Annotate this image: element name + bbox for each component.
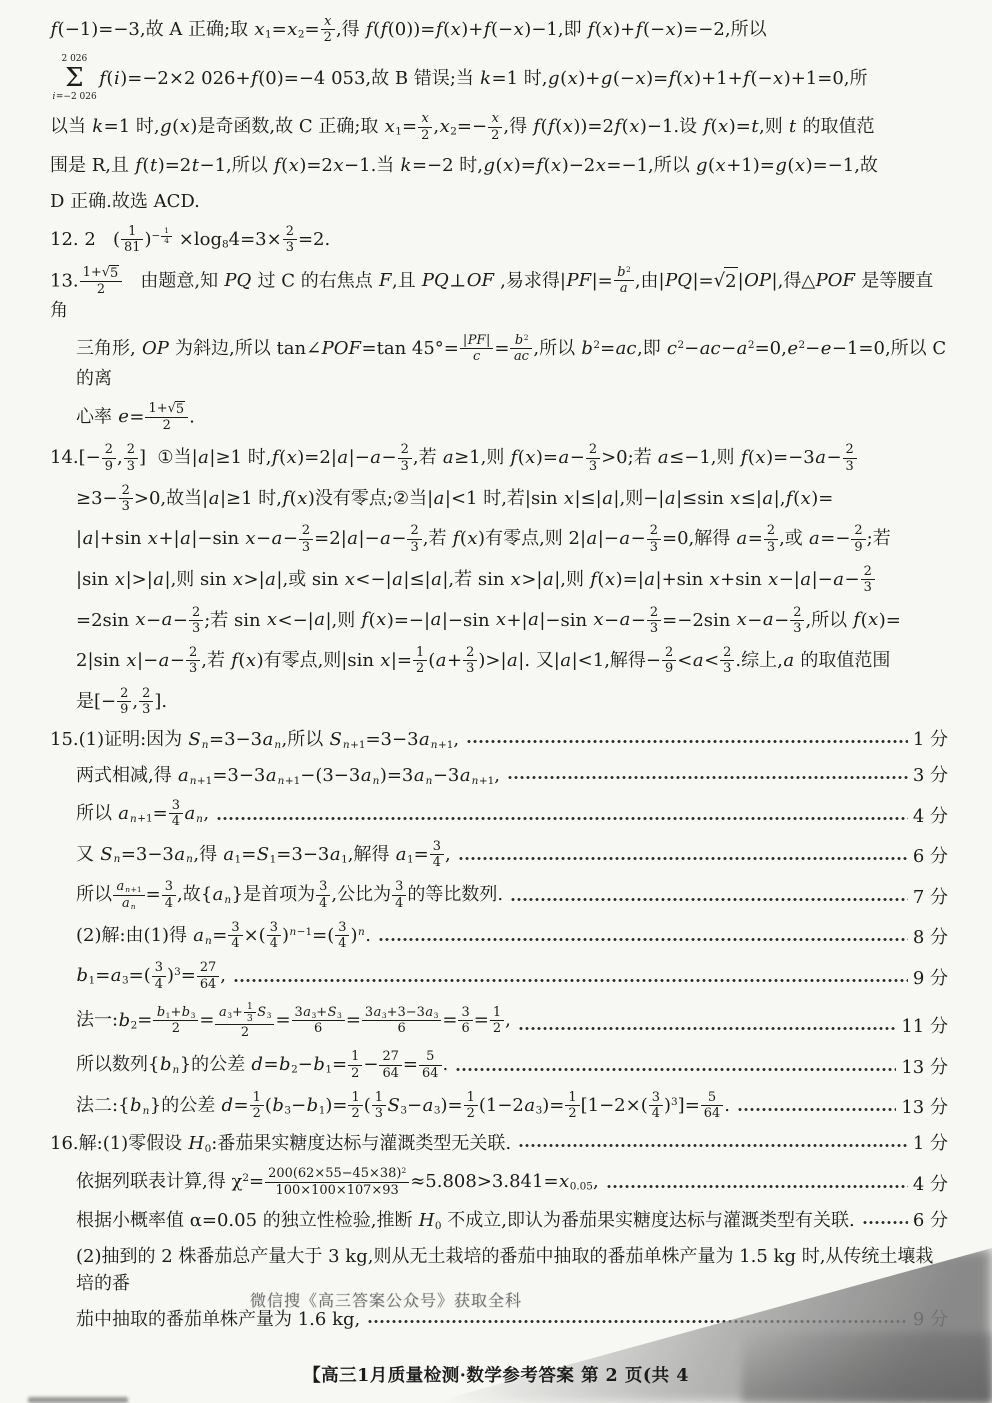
fraction: 29 bbox=[117, 686, 131, 718]
fraction: 23 bbox=[119, 483, 133, 515]
solution-line-text: D 正确.故选 ACD. bbox=[50, 188, 200, 215]
score-label: 3 分 bbox=[913, 762, 948, 789]
solution-line-text: 所以an+1an=34,故{an}是首项为34,公比为34的等比数列. bbox=[50, 879, 503, 911]
fraction: 14 bbox=[161, 227, 172, 246]
photo-edge-artifact bbox=[28, 1397, 128, 1403]
fraction: 2764 bbox=[379, 1049, 401, 1081]
solution-line-text: |sin x|>|a|,则 sin x>|a|,或 sin x<−|a|≤|a|… bbox=[50, 564, 876, 596]
fraction: 200(62×55−45×38)2100×100×107×93 bbox=[265, 1166, 409, 1198]
score-label: 9 分 bbox=[913, 965, 948, 992]
square-root: √2 bbox=[714, 267, 738, 295]
fraction: 23 bbox=[299, 523, 313, 555]
dotted-leader bbox=[507, 775, 908, 780]
solution-line-text: =2sin x−a−23;若 sin x<−|a|,则 f(x)=−|a|−si… bbox=[50, 605, 901, 637]
score-label: 11 分 bbox=[901, 1013, 948, 1040]
score-label: 8 分 bbox=[913, 924, 948, 951]
solution-line-text: 14.[−29,23] ①当|a|≥1 时,f(x)=2|a|−a−23,若 a… bbox=[50, 442, 858, 474]
score-label: 13 分 bbox=[901, 1054, 948, 1081]
solution-line: ≥3−23>0,故当|a|≥1 时,f(x)没有零点;②当|a|<1 时,若|s… bbox=[50, 483, 948, 515]
page-footer: 【高三1月质量检测·数学参考答案 第 2 页(共 4 bbox=[0, 1362, 992, 1387]
solution-line: (2)解:由(1)得 an=34×(34)n−1=(34)n.8 分 bbox=[50, 920, 948, 952]
solution-line-text: 16.解:(1)零假设 H0:番茄果实糖度达标与灌溉类型无关联. bbox=[50, 1130, 511, 1157]
fraction: 23 bbox=[283, 224, 297, 256]
fraction: 23 bbox=[647, 605, 661, 637]
fraction: 12 bbox=[250, 1090, 264, 1122]
solution-line: |a|+sin x+|a|−sin x−a−23=2|a|−a−23,若 f(x… bbox=[50, 523, 948, 555]
dotted-leader bbox=[518, 1026, 897, 1031]
score-label: 1 分 bbox=[913, 1130, 948, 1157]
fraction: x2 bbox=[321, 14, 335, 46]
solution-line: =2sin x−a−23;若 sin x<−|a|,则 f(x)=−|a|−si… bbox=[50, 605, 948, 637]
solution-line: 又 Sn=3−3an,得 a1=S1=3−3a1,解得 a1=34,6 分 bbox=[50, 839, 948, 871]
solution-line-text: 13.1+√52 由题意,知 PQ 过 C 的右焦点 F,且 PQ⊥OF ,易求… bbox=[50, 265, 948, 325]
solution-line: 所以an+1an=34,故{an}是首项为34,公比为34的等比数列.7 分 bbox=[50, 879, 948, 911]
solution-line: 以当 k=1 时,g(x)是奇函数,故 C 正确;取 x1=x2,x2=−x2,… bbox=[50, 111, 948, 143]
dotted-leader bbox=[455, 1067, 896, 1072]
fraction: 23 bbox=[764, 523, 778, 555]
fraction: 3a3+S36 bbox=[292, 1005, 345, 1037]
score-label: 13 分 bbox=[901, 1094, 948, 1121]
dotted-leader bbox=[458, 856, 908, 861]
solution-line: 13.1+√52 由题意,知 PQ 过 C 的右焦点 F,且 PQ⊥OF ,易求… bbox=[50, 265, 948, 325]
solution-line: f(−1)=−3,故 A 正确;取 x1=x2=x2,得 f(f(0))=f(x… bbox=[50, 14, 948, 46]
fraction: 29 bbox=[662, 645, 676, 677]
solution-line: 根据小概率值 α=0.05 的独立性检验,推断 H0 不成立,即认为番茄果实糖度… bbox=[50, 1207, 948, 1234]
fraction: 34 bbox=[162, 879, 176, 911]
dotted-leader bbox=[378, 937, 908, 942]
fraction: x2 bbox=[418, 111, 432, 143]
solution-line: 所以数列{bn}的公差 d=b2−b1=12−2764=564.13 分 bbox=[50, 1049, 948, 1081]
solution-line: D 正确.故选 ACD. bbox=[50, 188, 948, 215]
solution-line: 12. 2 (181)−14 ×log84=3×23=2. bbox=[50, 224, 948, 256]
solution-line-text: 2|sin x|−a−23,若 f(x)有零点,则|sin x|=12(a+23… bbox=[50, 645, 890, 677]
dotted-leader bbox=[466, 739, 908, 744]
fraction: 2764 bbox=[197, 960, 219, 992]
solution-line: |sin x|>|a|,则 sin x>|a|,或 sin x<−|a|≤|a|… bbox=[50, 564, 948, 596]
fraction: 23 bbox=[843, 442, 857, 474]
solution-line: 依据列联表计算,得 χ2=200(62×55−45×38)2100×100×10… bbox=[50, 1166, 948, 1198]
fraction: 29 bbox=[851, 523, 865, 555]
solution-line: 16.解:(1)零假设 H0:番茄果实糖度达标与灌溉类型无关联.1 分 bbox=[50, 1130, 948, 1157]
fraction: |PF|c bbox=[460, 333, 493, 365]
fraction: 23 bbox=[790, 605, 804, 637]
score-label: 6 分 bbox=[913, 1207, 948, 1234]
fraction: 34 bbox=[152, 960, 166, 992]
solution-line-text: 三角形, OP 为斜边,所以 tan∠POF=tan 45°=|PF|c=b2a… bbox=[50, 333, 948, 392]
dotted-leader bbox=[518, 1143, 908, 1148]
solution-line-text: 15.(1)证明:因为 Sn=3−3an,所以 Sn+1=3−3an+1, bbox=[50, 726, 459, 753]
solution-line-text: 2 026Σi=−2 026f(i)=−2×2 026+f(0)=−4 053,… bbox=[50, 55, 868, 103]
fraction: 29 bbox=[102, 442, 116, 474]
fraction: b1+b32 bbox=[153, 1005, 198, 1037]
dotted-leader bbox=[233, 978, 908, 983]
solution-line-text: 法二:{bn}的公差 d=12(b3−b1)=12(13S3−a3)=12(1−… bbox=[50, 1090, 730, 1122]
fraction: an+1an bbox=[113, 879, 145, 911]
fraction: 13 bbox=[244, 1001, 256, 1024]
dotted-leader bbox=[862, 1220, 908, 1225]
solution-line-text: 是[−29,23]. bbox=[50, 686, 167, 718]
solution-line-text: 围是 R,且 f(t)=2t−1,所以 f(x)=2x−1.当 k=−2 时,g… bbox=[50, 152, 878, 179]
fraction: 36 bbox=[458, 1005, 472, 1037]
fraction: 23 bbox=[407, 523, 421, 555]
fraction: 23 bbox=[720, 645, 734, 677]
fraction: b2a bbox=[614, 265, 634, 297]
fraction: 34 bbox=[649, 1090, 663, 1122]
solution-line-text: 所以 an+1=34an, bbox=[50, 798, 209, 830]
fraction: 34 bbox=[335, 920, 349, 952]
dotted-leader bbox=[737, 1107, 896, 1112]
fraction: 23 bbox=[861, 564, 875, 596]
fraction: a3+13S32 bbox=[215, 1001, 274, 1040]
dotted-leader bbox=[510, 897, 908, 902]
fraction: 23 bbox=[124, 442, 138, 474]
solution-line: 三角形, OP 为斜边,所以 tan∠POF=tan 45°=|PF|c=b2a… bbox=[50, 333, 948, 392]
solution-line: 所以 an+1=34an,4 分 bbox=[50, 798, 948, 830]
fraction: 12 bbox=[348, 1049, 362, 1081]
score-label: 4 分 bbox=[913, 803, 948, 830]
fraction: 3a3+3−3a36 bbox=[362, 1005, 441, 1037]
score-label: 1 分 bbox=[913, 726, 948, 753]
dotted-leader bbox=[216, 816, 908, 821]
solution-line: 是[−29,23]. bbox=[50, 686, 948, 718]
exam-answer-page: f(−1)=−3,故 A 正确;取 x1=x2=x2,得 f(f(0))=f(x… bbox=[0, 0, 992, 1403]
fraction: 34 bbox=[228, 920, 242, 952]
fraction: 23 bbox=[586, 442, 600, 474]
solution-line: 14.[−29,23] ①当|a|≥1 时,f(x)=2|a|−a−23,若 a… bbox=[50, 442, 948, 474]
fraction: 181 bbox=[121, 224, 143, 256]
fraction: 23 bbox=[398, 442, 412, 474]
solution-line: 2|sin x|−a−23,若 f(x)有零点,则|sin x|=12(a+23… bbox=[50, 645, 948, 677]
fraction: 34 bbox=[316, 879, 330, 911]
fraction: 564 bbox=[419, 1049, 441, 1081]
solution-line-text: 两式相减,得 an+1=3−3an+1−(3−3an)=3an−3an+1, bbox=[50, 762, 500, 789]
solution-line-text: 依据列联表计算,得 χ2=200(62×55−45×38)2100×100×10… bbox=[50, 1166, 599, 1198]
solution-line: 法二:{bn}的公差 d=12(b3−b1)=12(13S3−a3)=12(1−… bbox=[50, 1090, 948, 1122]
fraction: 23 bbox=[139, 686, 153, 718]
solution-line: 两式相减,得 an+1=3−3an+1−(3−3an)=3an−3an+1,3 … bbox=[50, 762, 948, 789]
solution-line: 心率 e=1+√52. bbox=[50, 401, 948, 434]
solution-line-text: 以当 k=1 时,g(x)是奇函数,故 C 正确;取 x1=x2,x2=−x2,… bbox=[50, 111, 874, 143]
fraction: 12 bbox=[565, 1090, 579, 1122]
fraction: 13 bbox=[372, 1090, 386, 1122]
solution-line-text: 心率 e=1+√52. bbox=[50, 401, 195, 434]
fraction: b2ac bbox=[510, 333, 532, 365]
fraction: 34 bbox=[267, 920, 281, 952]
fraction: 23 bbox=[647, 523, 661, 555]
solution-line: 围是 R,且 f(t)=2t−1,所以 f(x)=2x−1.当 k=−2 时,g… bbox=[50, 152, 948, 179]
solution-line-text: 根据小概率值 α=0.05 的独立性检验,推断 H0 不成立,即认为番茄果实糖度… bbox=[50, 1207, 855, 1234]
fraction: 34 bbox=[169, 798, 183, 830]
solution-line: 2 026Σi=−2 026f(i)=−2×2 026+f(0)=−4 053,… bbox=[50, 55, 948, 103]
fraction: 12 bbox=[490, 1005, 504, 1037]
solution-text-block: f(−1)=−3,故 A 正确;取 x1=x2=x2,得 f(f(0))=f(x… bbox=[50, 14, 948, 1342]
solution-line-text: |a|+sin x+|a|−sin x−a−23=2|a|−a−23,若 f(x… bbox=[50, 523, 891, 555]
solution-line-text: 又 Sn=3−3an,得 a1=S1=3−3a1,解得 a1=34, bbox=[50, 839, 451, 871]
fraction: 564 bbox=[701, 1090, 723, 1122]
dotted-leader bbox=[606, 1184, 908, 1189]
fraction: 1+√52 bbox=[80, 265, 123, 298]
fraction: 34 bbox=[430, 839, 444, 871]
fraction: x2 bbox=[488, 111, 502, 143]
fraction: 23 bbox=[186, 645, 200, 677]
fraction: 23 bbox=[189, 605, 203, 637]
solution-line-text: ≥3−23>0,故当|a|≥1 时,f(x)没有零点;②当|a|<1 时,若|s… bbox=[50, 483, 833, 515]
solution-line-text: 12. 2 (181)−14 ×log84=3×23=2. bbox=[50, 224, 330, 256]
watermark-text: 微信搜《高三答案公众号》获取全科 bbox=[250, 1288, 522, 1311]
summation: 2 026Σi=−2 026 bbox=[52, 55, 97, 103]
score-label: 6 分 bbox=[913, 843, 948, 870]
fraction: 34 bbox=[392, 879, 406, 911]
score-label: 7 分 bbox=[913, 884, 948, 911]
solution-line: b1=a3=(34)3=2764,9 分 bbox=[50, 960, 948, 992]
solution-line-text: 所以数列{bn}的公差 d=b2−b1=12−2764=564. bbox=[50, 1049, 448, 1081]
score-label: 4 分 bbox=[913, 1171, 948, 1198]
solution-line-text: 法一:b2=b1+b32=a3+13S32=3a3+S36=3a3+3−3a36… bbox=[50, 1001, 511, 1040]
fraction: 1+√52 bbox=[145, 401, 188, 434]
fraction: 23 bbox=[463, 645, 477, 677]
solution-line: 15.(1)证明:因为 Sn=3−3an,所以 Sn+1=3−3an+1,1 分 bbox=[50, 726, 948, 753]
fraction: 12 bbox=[413, 645, 427, 677]
square-root: √5 bbox=[168, 401, 186, 417]
fraction: 12 bbox=[464, 1090, 478, 1122]
solution-line: 法一:b2=b1+b32=a3+13S32=3a3+S36=3a3+3−3a36… bbox=[50, 1001, 948, 1040]
square-root: √5 bbox=[102, 265, 120, 281]
solution-line-text: (2)解:由(1)得 an=34×(34)n−1=(34)n. bbox=[50, 920, 371, 952]
solution-line-text: b1=a3=(34)3=2764, bbox=[50, 960, 226, 992]
fraction: 12 bbox=[348, 1090, 362, 1122]
solution-line-text: f(−1)=−3,故 A 正确;取 x1=x2=x2,得 f(f(0))=f(x… bbox=[50, 14, 767, 46]
